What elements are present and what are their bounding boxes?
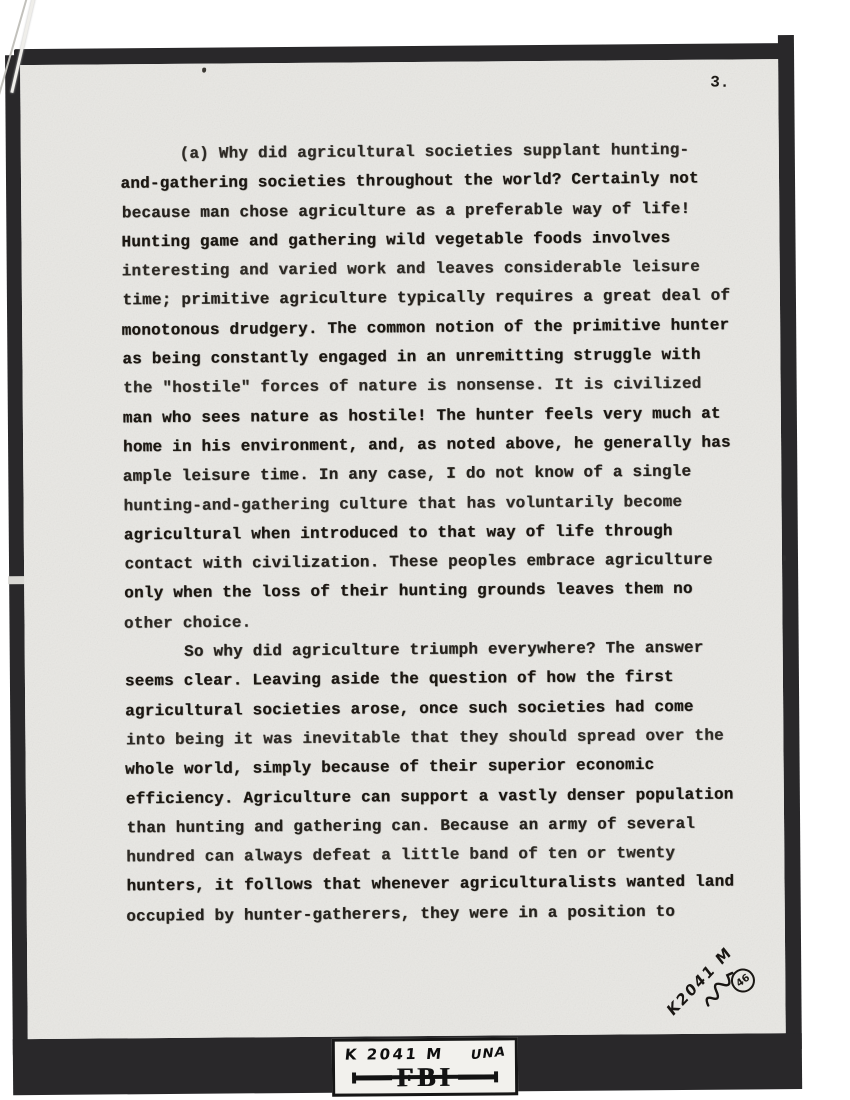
typed-line: whole world, simply because of their sup… (125, 750, 755, 785)
typed-text: (a) Why did agricultural societies suppl… (121, 135, 757, 931)
typed-line: hunting-and-gathering culture that has v… (123, 487, 753, 521)
typed-line: hundred can always defeat a little band … (126, 838, 756, 872)
page-number: 3. (710, 73, 730, 92)
stamp-case-number: K 2041 M (344, 1045, 444, 1064)
fbi-logo: FBI (335, 1063, 515, 1090)
fbi-stamp: K 2041 M UNA FBI (332, 1037, 518, 1096)
stamp-handwriting-row: K 2041 M UNA (335, 1040, 515, 1063)
scan-border-gap (8, 576, 25, 584)
stamp-una-label: UNA (469, 1044, 506, 1063)
typed-line: seems clear. Leaving aside the question … (125, 663, 755, 697)
ink-speck (202, 68, 206, 73)
scanned-page: 3. (a) Why did agricultural societies su… (0, 0, 850, 1100)
typed-line: because man chose agriculture as a prefe… (122, 194, 752, 228)
paper: 3. (a) Why did agricultural societies su… (20, 59, 786, 1039)
typed-line: occupied by hunter-gatherers, they were … (126, 897, 756, 932)
typed-line: monotonous drudgery. The common notion o… (122, 311, 752, 346)
typed-line: the "hostile" forces of nature is nonsen… (123, 370, 753, 404)
typed-line: contact with civilization. These peoples… (125, 546, 755, 580)
typed-line: So why did agriculture triumph everywher… (125, 633, 755, 667)
